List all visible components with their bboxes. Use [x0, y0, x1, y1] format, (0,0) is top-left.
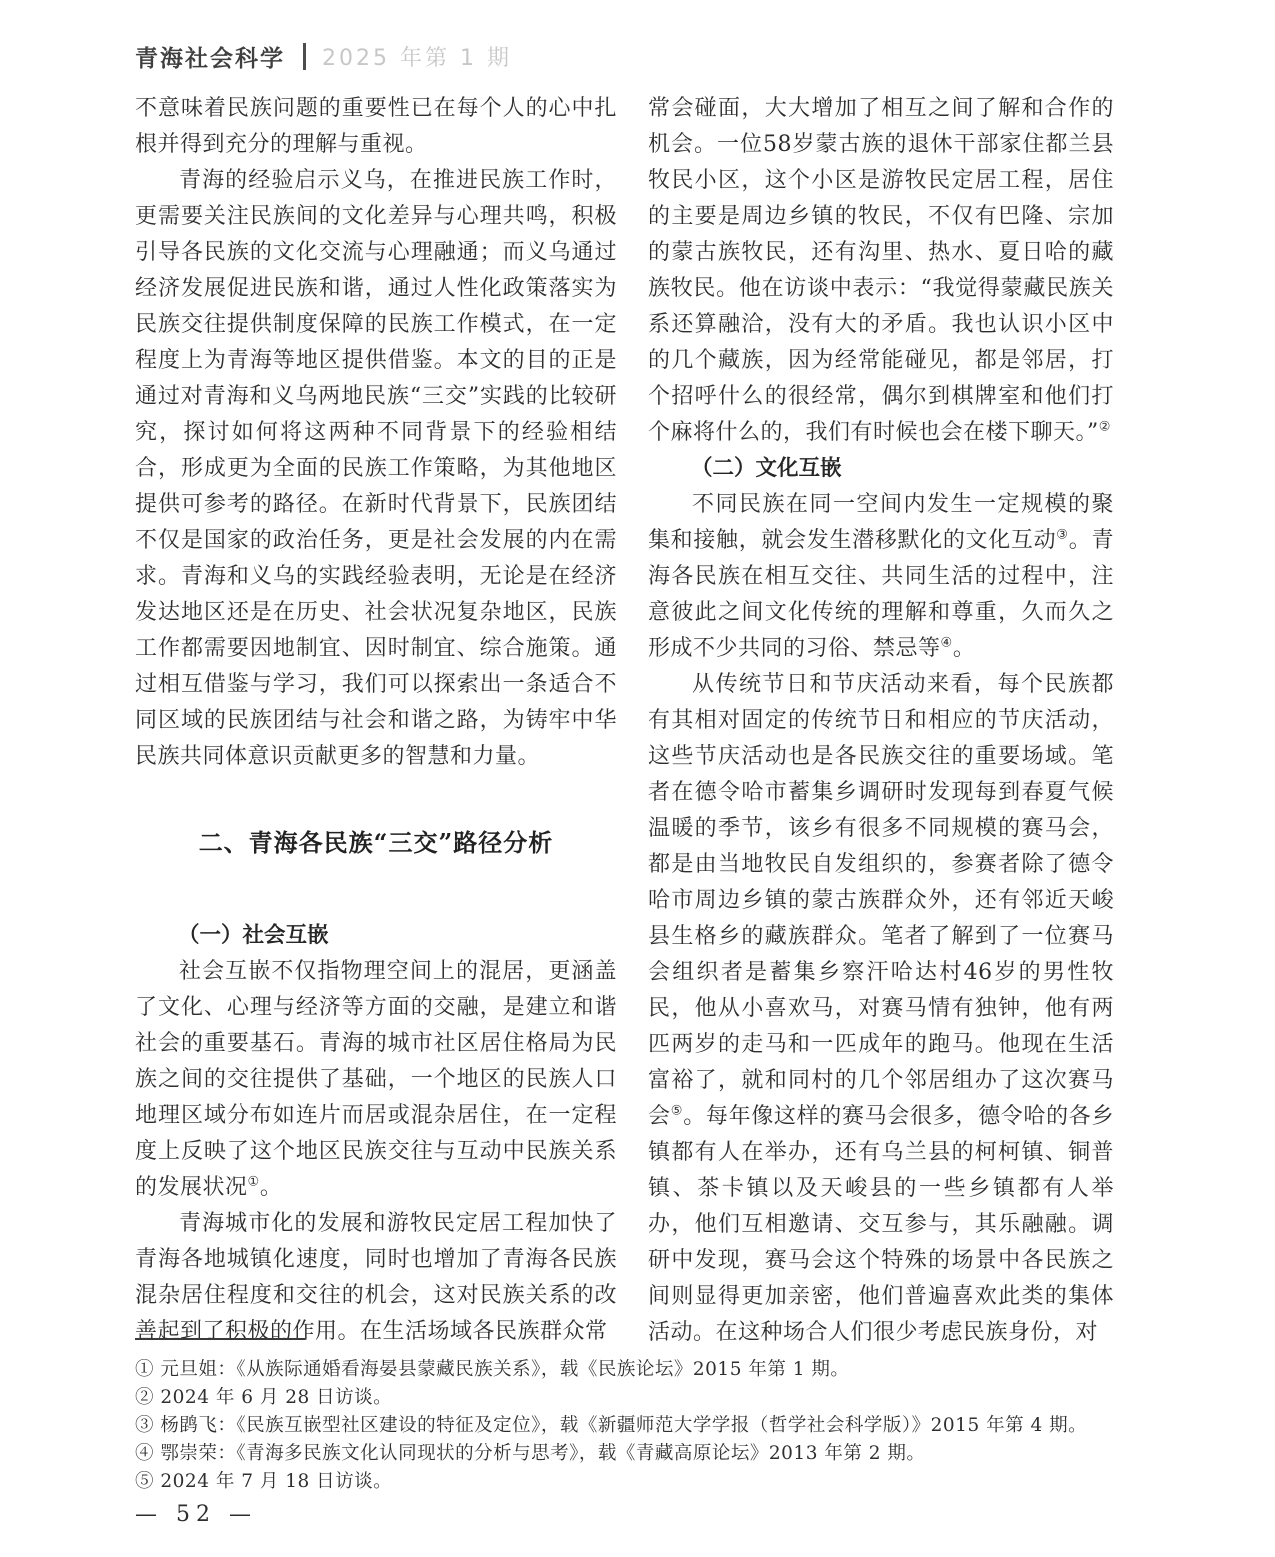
subsection-heading-culture: （二）文化互嵌: [648, 451, 1114, 487]
paragraph: 青海城市化的发展和游牧民定居工程加快了青海各地城镇化速度，同时也增加了青海各民族…: [135, 1206, 617, 1350]
paragraph-continuation: 常会碰面，大大增加了相互之间了解和合作的机会。一位58岁蒙古族的退休干部家住都兰…: [648, 91, 1114, 451]
paragraph: 社会互嵌不仅指物理空间上的混居，更涵盖了文化、心理与经济等方面的交融，是建立和谐…: [135, 954, 617, 1206]
footnote-separator: [135, 1338, 305, 1340]
paragraph-continuation: 不意味着民族问题的重要性已在每个人的心中扎根并得到充分的理解与重视。: [135, 91, 617, 163]
footnote-list: ① 元旦姐：《从族际通婚看海晏县蒙藏民族关系》，载《民族论坛》2015 年第 1…: [135, 1356, 1145, 1496]
footnote-item: ④ 鄂崇荣：《青海多民族文化认同现状的分析与思考》，载《青藏高原论坛》2013 …: [135, 1440, 1145, 1468]
page-number: — 52 —: [135, 1502, 257, 1527]
paragraph: 不同民族在同一空间内发生一定规模的聚集和接触，就会发生潜移默化的文化互动③。青海…: [648, 487, 1114, 667]
journal-title: 青海社会科学: [135, 40, 285, 73]
subsection-heading-social: （一）社会互嵌: [135, 918, 617, 954]
footnote-item: ⑤ 2024 年 7 月 18 日访谈。: [135, 1468, 1145, 1496]
journal-header: 青海社会科学 2025 年第 1 期: [135, 40, 512, 73]
header-divider: [303, 43, 306, 70]
footnote-item: ③ 杨鹍飞：《民族互嵌型社区建设的特征及定位》，载《新疆师范大学学报（哲学社会科…: [135, 1412, 1145, 1440]
right-column: 常会碰面，大大增加了相互之间了解和合作的机会。一位58岁蒙古族的退休干部家住都兰…: [648, 91, 1114, 1351]
footnote-item: ② 2024 年 6 月 28 日访谈。: [135, 1384, 1145, 1412]
paragraph: 从传统节日和节庆活动来看，每个民族都有其相对固定的传统节日和相应的节庆活动，这些…: [648, 667, 1114, 1351]
paragraph: 青海的经验启示义乌，在推进民族工作时，更需要关注民族间的文化差异与心理共鸣，积极…: [135, 163, 617, 775]
footnote-item: ① 元旦姐：《从族际通婚看海晏县蒙藏民族关系》，载《民族论坛》2015 年第 1…: [135, 1356, 1145, 1384]
left-column: 不意味着民族问题的重要性已在每个人的心中扎根并得到充分的理解与重视。 青海的经验…: [135, 91, 617, 1350]
section-heading: 二、青海各民族“三交”路径分析: [135, 823, 617, 863]
issue-label: 2025 年第 1 期: [322, 41, 512, 72]
